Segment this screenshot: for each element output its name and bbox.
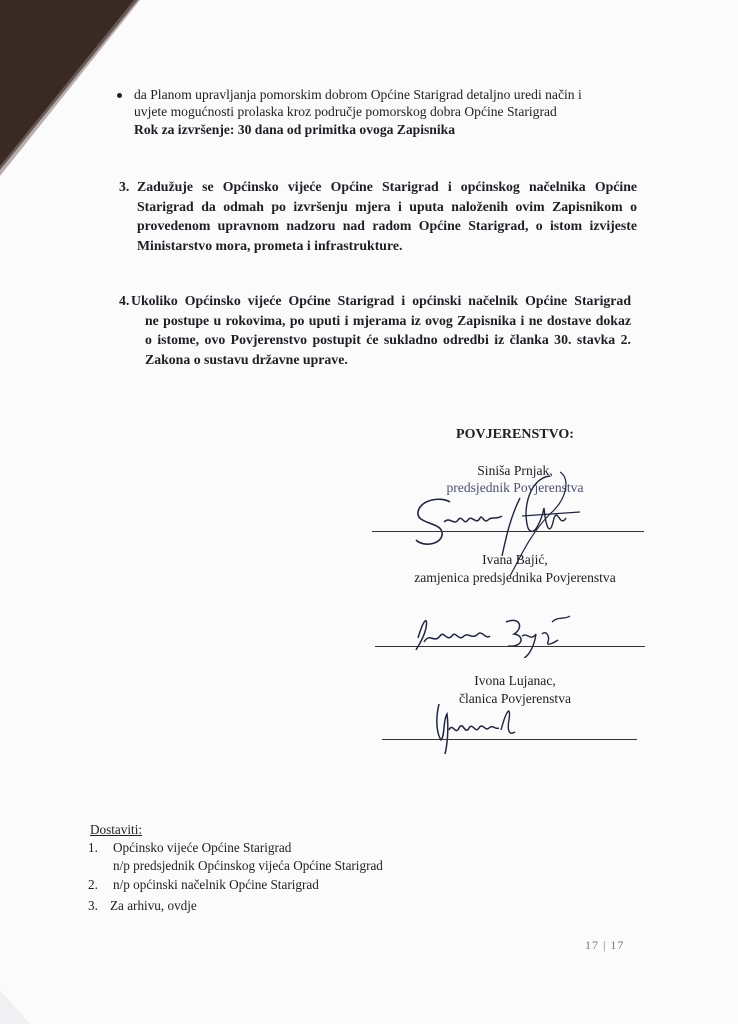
delivery-line: n/p općinski načelnik Općine Starigrad	[113, 876, 319, 894]
signature-bajic	[410, 608, 580, 658]
item-line: Starigrad da odmah po izvršenju mjera i …	[137, 197, 637, 217]
item-line: provedenom upravnom nadzoru nad radom Op…	[137, 216, 637, 236]
delivery-number: 2.	[88, 876, 98, 894]
delivery-line: Općinsko vijeće Općine Starigrad	[113, 839, 291, 857]
commission-heading: POVJERENSTVO:	[400, 426, 630, 443]
member-role: zamjenica predsjednika Povjerenstva	[370, 569, 660, 586]
item-line: Ukoliko Općinsko vijeće Općine Starigrad…	[131, 291, 631, 311]
bullet-line-2: uvjete mogućnosti prolaska kroz područje…	[134, 103, 557, 120]
bullet-line-1: da Planom upravljanja pomorskim dobrom O…	[134, 86, 582, 103]
item-number: 4.	[119, 291, 129, 311]
member-name: Ivana Bajić,	[400, 551, 630, 568]
delivery-line: Za arhivu, ovdje	[110, 897, 197, 915]
delivery-heading: Dostaviti:	[90, 821, 142, 839]
item-line: Ministarstvo mora, prometa i infrastrukt…	[137, 236, 637, 256]
page-number: 17 | 17	[585, 938, 624, 953]
delivery-number: 3.	[88, 897, 98, 915]
delivery-line: n/p predsjednik Općinskog vijeća Općine …	[113, 857, 383, 875]
signature-line	[382, 739, 637, 740]
item-3: 3. Zadužuje se Općinsko vijeće Općine St…	[119, 177, 637, 255]
item-number: 3.	[119, 177, 129, 197]
item-4: 4. Ukoliko Općinsko vijeće Općine Starig…	[119, 291, 631, 369]
signature-line	[372, 531, 644, 532]
delivery-number: 1.	[88, 839, 98, 857]
item-line: Zakona o sustavu državne uprave.	[145, 350, 631, 370]
signature-line	[375, 646, 645, 647]
item-line: Zadužuje se Općinsko vijeće Općine Stari…	[137, 177, 637, 197]
item-line: ne postupe u rokovima, po uputi i mjeram…	[145, 311, 631, 331]
deadline-text: Rok za izvršenje: 30 dana od primitka ov…	[134, 121, 455, 138]
bullet-icon	[117, 93, 122, 98]
item-line: o istome, ovo Povjerenstvo postupit će s…	[145, 330, 631, 350]
signature-lujanac	[425, 700, 525, 756]
member-name: Ivona Lujanac,	[400, 672, 630, 689]
